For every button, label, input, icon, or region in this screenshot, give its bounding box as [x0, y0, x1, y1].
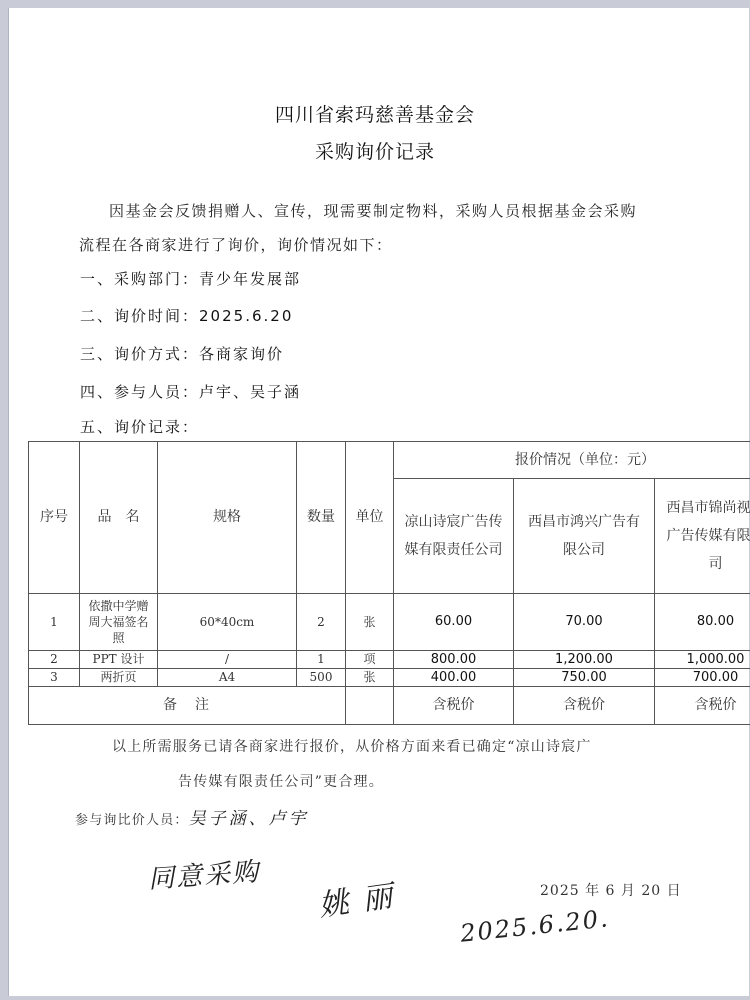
cell-index: 1 [29, 594, 80, 651]
cell-qty: 500 [297, 669, 346, 687]
participants-line: 参与询比价人员：吴子涵、卢宇 [75, 804, 309, 829]
header-spec: 规格 [158, 442, 297, 594]
cell-price-vendor-2: 750.00 [514, 669, 655, 687]
remark-vendor-2: 含税价 [514, 687, 655, 725]
cell-qty: 2 [297, 594, 346, 651]
header-quote-group: 报价情况（单位：元） [394, 442, 750, 479]
header-index: 序号 [29, 442, 80, 594]
header-unit: 单位 [346, 442, 394, 594]
section-label: 三、询价方式： [80, 345, 199, 363]
cell-unit: 张 [346, 669, 394, 687]
cell-unit: 项 [346, 651, 394, 669]
doc-title: 采购询价记录 [0, 137, 750, 164]
table-row: 3 两折页 A4 500 张 400.00 750.00 700.00 [29, 669, 750, 687]
cell-index: 2 [29, 651, 80, 669]
cell-spec: 60*40cm [158, 594, 297, 651]
section-label: 二、询价时间： [80, 307, 199, 325]
remarks-label: 备 注 [29, 687, 346, 725]
section-record: 五、询价记录： [80, 416, 199, 437]
remarks-row: 备 注 含税价 含税价 含税价 [29, 687, 750, 725]
participants-signature: 吴子涵、卢宇 [189, 809, 309, 829]
cell-spec: A4 [158, 669, 297, 687]
cell-price-vendor-2: 70.00 [514, 594, 655, 651]
cell-price-vendor-1: 400.00 [394, 669, 514, 687]
section-label: 四、参与人员： [80, 383, 199, 401]
section-participants: 四、参与人员：卢宇、吴子涵 [80, 381, 301, 402]
intro-line-1: 因基金会反馈捐赠人、宣传，现需要制定物料，采购人员根据基金会采购 [79, 200, 719, 221]
cell-unit: 张 [346, 594, 394, 651]
cell-price-vendor-3: 1,000.00 [655, 651, 750, 669]
cell-price-vendor-1: 60.00 [394, 594, 514, 651]
cell-price-vendor-2: 1,200.00 [514, 651, 655, 669]
cell-name: 两折页 [80, 669, 158, 687]
cell-qty: 1 [297, 651, 346, 669]
remark-vendor-3: 含税价 [655, 687, 750, 725]
conclusion-line-1: 以上所需服务已请各商家进行报价，从价格方面来看已确定“凉山诗宸广 [112, 736, 592, 756]
intro-line-2: 流程在各商家进行了询价，询价情况如下： [79, 234, 719, 255]
section-method: 三、询价方式：各商家询价 [80, 343, 284, 364]
cell-name: 依撒中学赠周大福签名照 [80, 594, 158, 651]
cell-index: 3 [29, 669, 80, 687]
section-value: 卢宇、吴子涵 [199, 383, 301, 401]
section-value: 2025.6.20 [199, 307, 293, 325]
cell-price-vendor-1: 800.00 [394, 651, 514, 669]
header-vendor-3: 西昌市锦尚视觉广告传媒有限公司 [655, 479, 750, 594]
section-time: 二、询价时间：2025.6.20 [80, 305, 293, 326]
table-row: 1 依撒中学赠周大福签名照 60*40cm 2 张 60.00 70.00 80… [29, 594, 750, 651]
section-value: 各商家询价 [199, 345, 284, 363]
cell-name: PPT 设计 [80, 651, 158, 669]
header-vendor-1: 凉山诗宸广告传媒有限责任公司 [394, 479, 514, 594]
table-row: 2 PPT 设计 / 1 项 800.00 1,200.00 1,000.00 [29, 651, 750, 669]
document-date: 2025 年 6 月 20 日 [540, 880, 682, 900]
header-qty: 数量 [297, 442, 346, 594]
participants-label: 参与询比价人员： [75, 813, 189, 828]
cell-price-vendor-3: 80.00 [655, 594, 750, 651]
quotation-table: 序号 品 名 规格 数量 单位 报价情况（单位：元） 凉山诗宸广告传媒有限责任公… [28, 441, 750, 725]
header-vendor-2: 西昌市鸿兴广告有限公司 [514, 479, 655, 594]
remarks-empty [346, 687, 394, 725]
header-name: 品 名 [80, 442, 158, 594]
remark-vendor-1: 含税价 [394, 687, 514, 725]
cell-price-vendor-3: 700.00 [655, 669, 750, 687]
conclusion-line-2: 告传媒有限责任公司”更合理。 [178, 771, 384, 791]
org-title: 四川省索玛慈善基金会 [0, 100, 750, 127]
approval-signature: 同意采购 [147, 851, 261, 896]
cell-spec: / [158, 651, 297, 669]
section-value: 青少年发展部 [199, 270, 301, 288]
section-label: 五、询价记录： [80, 418, 199, 436]
section-label: 一、采购部门： [80, 270, 199, 288]
section-department: 一、采购部门：青少年发展部 [80, 268, 301, 289]
